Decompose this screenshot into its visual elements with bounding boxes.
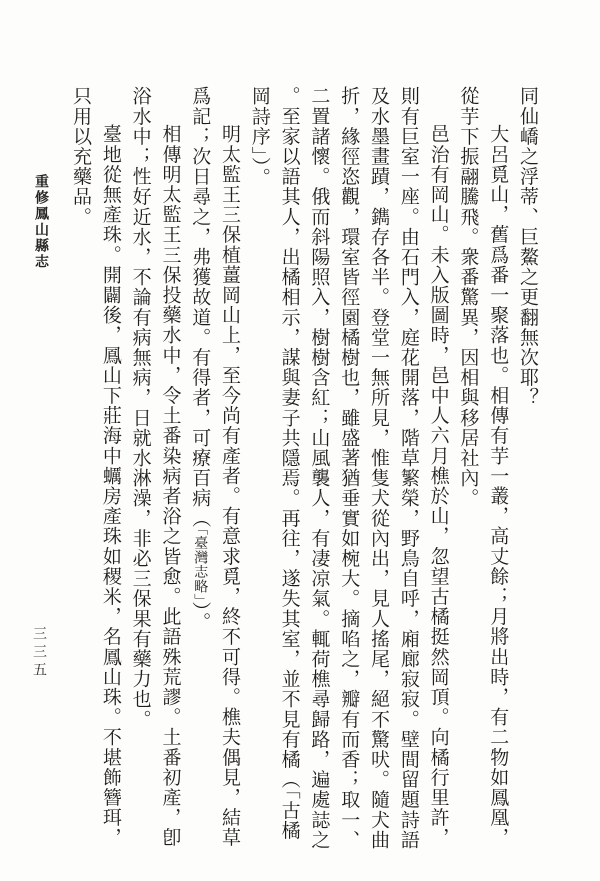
paragraph: 大呂覓山，舊爲番一聚落也。相傳有芋一叢，高丈餘；月將出時，有二物如鳳凰，從芋下振… — [453, 86, 513, 852]
book-page: 重修鳳山縣志 三三五 同仙嶠之浮蒂、巨鰲之更翻無次耶？大呂覓山，舊爲番一聚落也。… — [0, 0, 600, 881]
text-run: 大呂覓山，舊爲番一聚落也。相傳有芋一叢，高丈餘；月將出時，有二物如鳳凰，從芋下振… — [457, 86, 508, 848]
page-number: 三三五 — [27, 626, 49, 680]
source-citation: 「臺灣志略」 — [192, 528, 207, 601]
margin-book-title: 重修鳳山縣志 — [26, 174, 54, 270]
paragraph: 同仙嶠之浮蒂、巨鰲之更翻無次耶？ — [512, 86, 542, 852]
text-run: 同仙嶠之浮蒂、巨鰲之更翻無次耶？ — [517, 86, 538, 408]
text-run: 相傳明太監王三保投藥水中，令土番染病者浴之皆愈。此語殊荒謬。土番初產，卽浴水中；… — [130, 86, 181, 848]
text-run: 明太監王三保植薑岡山上，至今尚有產者。有意求覓，終不可得。樵夫偶見，結草爲記；次… — [189, 86, 240, 848]
text-run: 邑治有岡山。未入版圖時，邑中人六月樵於山，忽望古橘挺然岡頂。向橘行里許，則有巨室… — [249, 86, 449, 850]
text-body: 同仙嶠之浮蒂、巨鰲之更翻無次耶？大呂覓山，舊爲番一聚落也。相傳有芋一叢，高丈餘；… — [60, 86, 542, 852]
paragraph: 明太監王三保植薑岡山上，至今尚有產者。有意求覓，終不可得。樵夫偶見，結草爲記；次… — [184, 86, 244, 852]
text-run: ）。 — [189, 601, 210, 632]
paragraph: 邑治有岡山。未入版圖時，邑中人六月樵於山，忽望古橘挺然岡頂。向橘行里許，則有巨室… — [244, 86, 453, 852]
paragraph: 相傳明太監王三保投藥水中，令土番染病者浴之皆愈。此語殊荒謬。土番初產，卽浴水中；… — [125, 86, 185, 852]
paragraph: 臺地從無產珠。開闢後，鳳山下莊海中蠣房產珠如稷米，名鳳山珠。不堪飾簪珥，只用以充… — [65, 86, 125, 852]
text-run: 臺地從無產珠。開闢後，鳳山下莊海中蠣房產珠如稷米，名鳳山珠。不堪飾簪珥，只用以充… — [70, 86, 121, 848]
